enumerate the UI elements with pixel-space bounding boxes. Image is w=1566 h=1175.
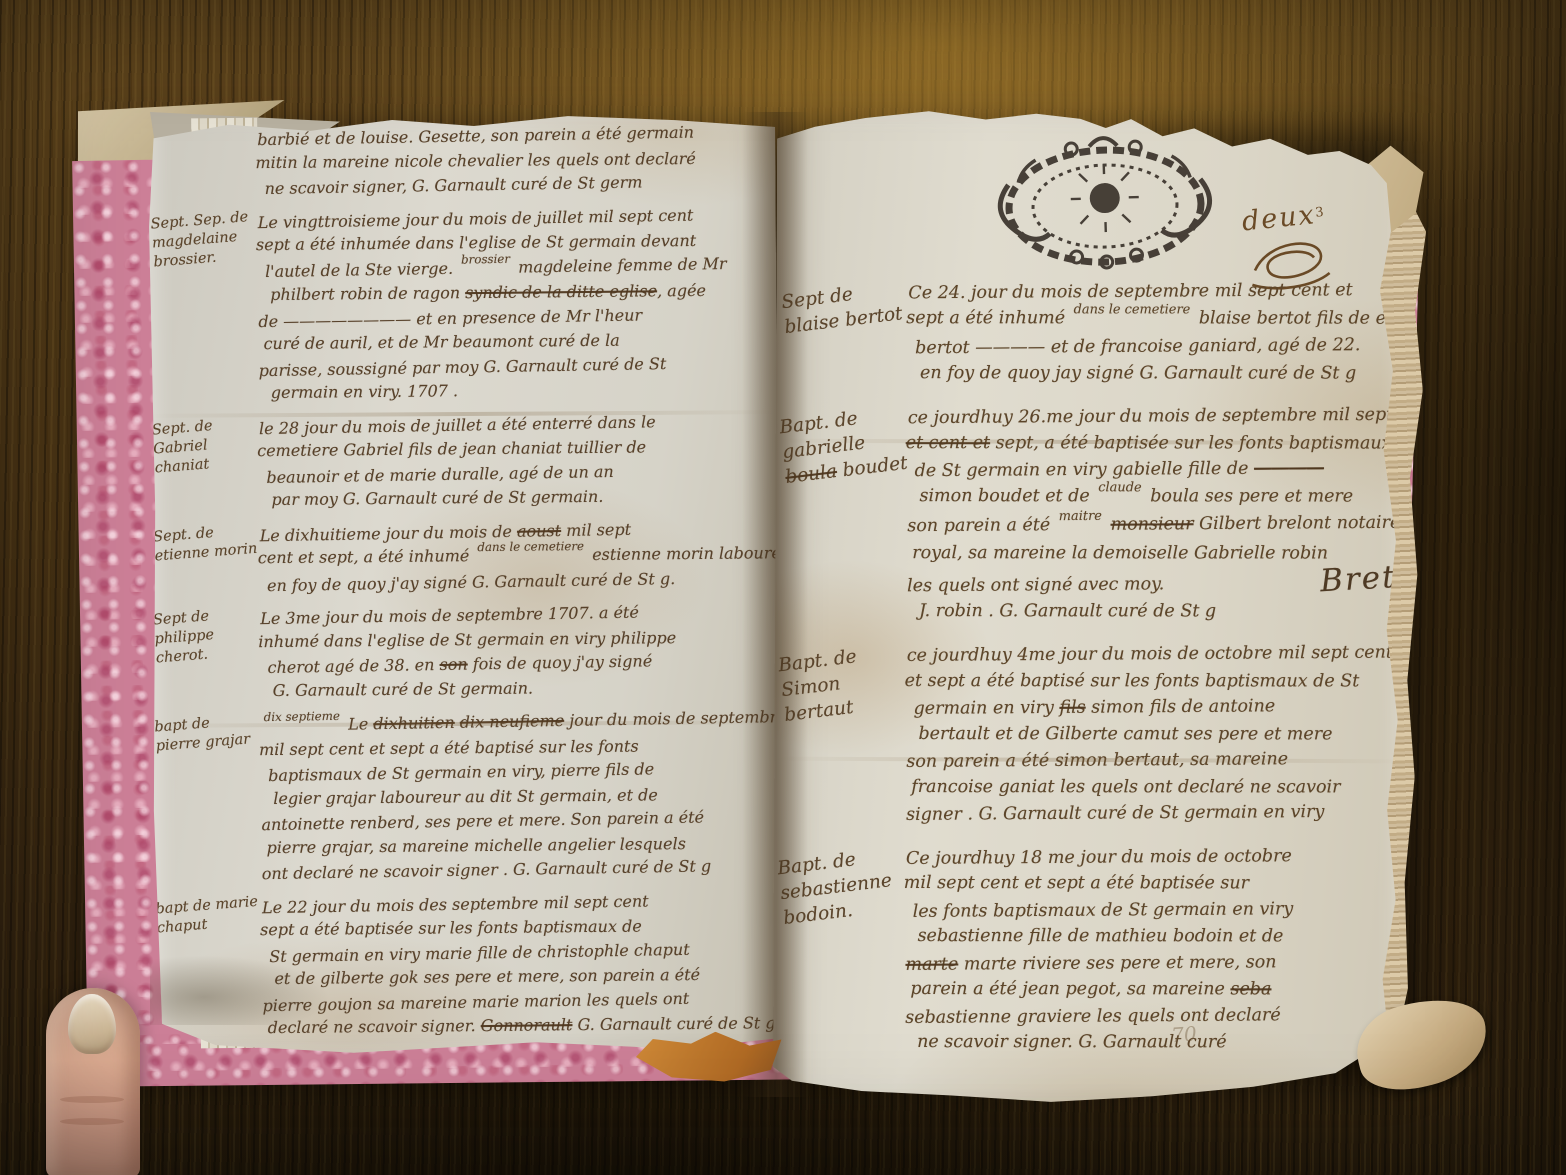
handwritten-line: bertault et de Gilberte camut ses pere e… [904,721,1390,748]
handwritten-line: parein a été jean pegot, sa mareine seba [903,976,1389,1003]
entry-body: dix septieme Le dixhuitien dix neufieme … [259,708,786,884]
interline-insertion: maitre [1059,504,1102,531]
handwritten-line: germain en viry. 1707 . [257,376,773,405]
handwritten-line: Ce jourdhuy 18 me jour du mois de octobr… [906,842,1392,872]
right-page: deux3 Sept de blaise bertotCe 24. jour d… [773,109,1409,1110]
handwritten-line: en foy de quoy jay signé G. Garnault cur… [906,360,1463,387]
left-page-entries: barbié et de louise. Gesette, son parein… [151,122,777,1049]
struck-text: ———— [1254,458,1324,478]
interline-insertion: brossier [461,246,510,271]
register-entry: Sept. de Gabriel chaniatle 28 jour du mo… [153,411,774,513]
handwritten-line: marte marte riviere ses pere et mere, so… [905,948,1391,978]
margin-note: Sept. Sep. de magdelaine brossier. [150,204,258,272]
register-entry: Sept. de etienne morinLe dixhuitieme jou… [154,518,774,596]
struck-text: Gonnorault [481,1015,573,1035]
interline-insertion: claude [1098,475,1141,502]
ornate-ink-stamp-icon [977,120,1233,278]
handwritten-line: et sept a été baptisé sur les fonts bapt… [905,668,1391,695]
handwritten-line: francoise ganiat les quels ont declaré n… [904,774,1390,801]
handwritten-line: bertot ———— et de francoise ganiard, agé… [908,331,1465,361]
entry-body: Ce 24. jour du mois de septembre mil sep… [906,277,1464,387]
register-entry: Bapt. de sebastienne bodoin.Ce jourdhuy … [779,842,1390,1057]
entry-body: ce jourdhuy 26.me jour du mois de septem… [905,402,1438,625]
entry-body: Le vingttroisieme jour du mois de juille… [256,205,773,405]
margin-note: Sept. de etienne morin [152,517,259,566]
handwritten-line: J. robin . G. Garnault curé de St g [905,598,1437,625]
handwritten-line: les quels ont signé avec moy. Breton [907,564,1439,599]
left-page: barbié et de louise. Gesette, son parein… [147,110,781,1056]
margin-note: Sept de philippe cherot. [152,601,260,669]
handwritten-line: son parein a été maitre monsieur Gilbert… [907,509,1439,541]
knuckle-crease [60,1096,124,1103]
handwritten-line: sept a été inhumé dans le cemetiere blai… [906,305,1463,334]
entry-body: Le 3me jour du mois de septembre 1707. a… [258,601,775,702]
struck-text: son [439,655,467,674]
register-entry: Sept de blaise bertotCe 24. jour du mois… [782,277,1392,388]
entry-body: Le dixhuitieme jour du mois de aoust mil… [258,517,800,595]
handwritten-line: sebastienne fille de mathieu bodoin et d… [904,923,1390,950]
entry-body: barbié et de louise. Gesette, son parein… [255,122,771,199]
annotation-superscript: 3 [1315,205,1325,221]
register-entry: Sept. Sep. de magdelaine brossier.Le vin… [152,205,773,406]
handwritten-line: ne scavoir signer. G. Garnault curé [903,1029,1389,1056]
handwritten-line: de St germain en viry gabielle fille de … [908,454,1440,484]
struck-text: monsieur [1110,514,1193,535]
faint-corner-number: 70 [1170,1022,1197,1048]
handwritten-line: sebastienne graviere les quels ont decla… [905,1001,1391,1031]
margin-note: Sept. de Gabriel chaniat [151,410,259,478]
entry-body: Le 22 jour du mois des septembre mil sep… [260,890,793,1040]
handwritten-line: les fonts baptismaux de St germain en vi… [906,895,1392,925]
handwritten-line: germain en viry fils simon fils de antoi… [906,693,1392,723]
interline-insertion: dans le cemetiere [1074,297,1191,324]
handwritten-line: par moy G. Garnault curé de St germain. [257,483,773,512]
handwritten-line: mil sept cent et sept a été baptisée sur [904,870,1390,897]
interline-insertion: dans le cemetiere [477,534,584,560]
struck-text: fils [1059,698,1085,718]
handwritten-line: ce jourdhuy 26.me jour du mois de septem… [908,401,1440,431]
struck-text: syndic de la ditte eglise [465,281,657,302]
finger-shadow [150,955,330,1025]
register-entry: barbié et de louise. Gesette, son parein… [151,122,771,199]
handwritten-line: signer . G. Garnault curé de St germain … [906,799,1392,829]
handwritten-line: simon boudet et de claude boula ses pere… [905,483,1437,512]
knuckle-crease [60,1118,124,1125]
register-entry: Bapt. de Simon bertautce jourdhuy 4me jo… [780,640,1391,828]
handwritten-line: ce jourdhuy 4me jour du mois de octobre … [907,640,1393,670]
entry-body: le 28 jour du mois de juillet a été ente… [257,411,774,512]
margin-note: bapt de pierre grajar [154,708,261,757]
entry-body: Ce jourdhuy 18 me jour du mois de octobr… [903,843,1390,1057]
book-gutter-shadow [742,112,808,1097]
register-entry: bapt de pierre grajardix septieme Le dix… [155,708,776,884]
struck-text: marte [905,954,958,974]
register-entry: Sept de philippe cherot.Le 3me jour du m… [154,601,775,703]
thumb-holding-page [46,988,140,1175]
register-entry: Bapt. de gabrielle boula boudetce jourdh… [781,402,1392,626]
struck-text: seba [1230,979,1271,999]
margin-note: bapt de marie chaput [155,889,262,938]
thumbnail [68,994,116,1054]
handwritten-line: G. Garnault curé de St germain. [259,674,775,703]
entry-body: ce jourdhuy 4me jour du mois de octobre … [904,640,1391,828]
right-page-entries: deux3 Sept de blaise bertotCe 24. jour d… [779,119,1393,1074]
